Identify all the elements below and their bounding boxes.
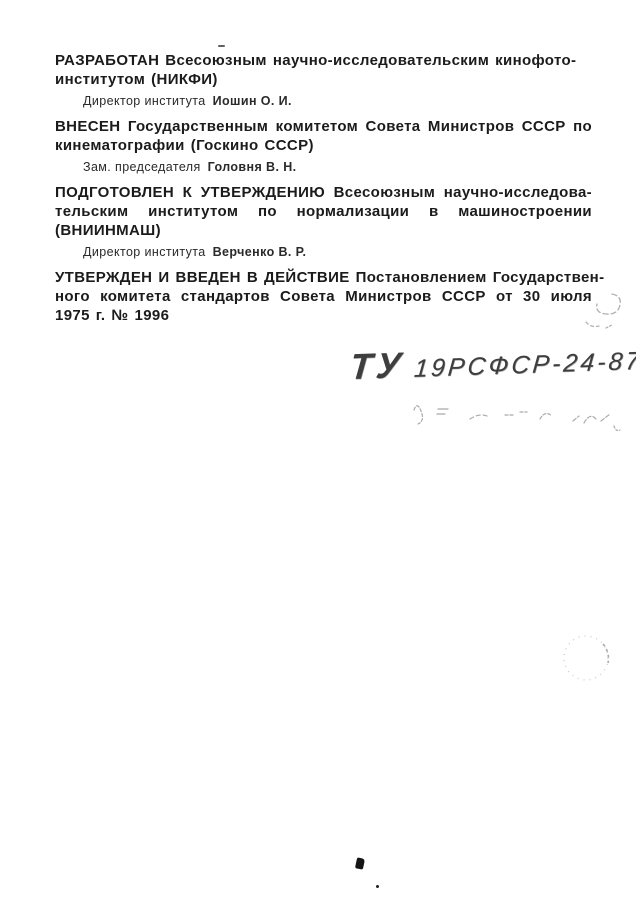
statement-line: 1975 г. № 1996 <box>55 306 592 325</box>
signature-name: Верченко В. Р. <box>213 245 307 259</box>
handwritten-number: 19РСФСР-24-87 <box>413 347 636 383</box>
statement-line: ного комитета стандартов Совета Министро… <box>55 287 592 306</box>
signature-deputy-chairman: Зам. председателяГоловня В. Н. <box>83 159 592 175</box>
signature-name: Головня В. Н. <box>208 160 297 174</box>
statement-razrabotan: РАЗРАБОТАН Всесоюзным научно-исследовате… <box>55 51 592 89</box>
statement-line: (ВНИИНМАШ) <box>55 221 592 240</box>
pencil-scribble-artifact <box>408 390 636 435</box>
signature-name: Иошин О. И. <box>213 94 292 108</box>
signature-director-nikfi: Директор институтаИошин О. И. <box>83 93 592 109</box>
signature-label: Директор института <box>83 94 206 108</box>
statement-line: институтом (НИКФИ) <box>55 70 592 89</box>
handwritten-prefix: ТУ <box>348 344 406 387</box>
signature-label: Директор института <box>83 245 206 259</box>
statement-line: ВНЕСЕН Государственным комитетом Совета … <box>55 117 592 136</box>
statement-line: УТВЕРЖДЕН И ВВЕДЕН В ДЕЙСТВИЕ Постановле… <box>55 268 592 287</box>
handwritten-annotation: ТУ19РСФСР-24-87 <box>348 334 636 388</box>
statement-line: РАЗРАБОТАН Всесоюзным научно-исследовате… <box>55 51 592 70</box>
ring-smudge-artifact <box>558 630 614 686</box>
stray-dash-artifact <box>218 45 225 47</box>
statement-utverzhden: УТВЕРЖДЕН И ВВЕДЕН В ДЕЙСТВИЕ Постановле… <box>55 268 592 325</box>
statement-line: тельским институтом по нормализации в ма… <box>55 202 592 221</box>
statement-line: кинематографии (Госкино СССР) <box>55 136 592 155</box>
statement-line: ПОДГОТОВЛЕН К УТВЕРЖДЕНИЮ Всесоюзным нау… <box>55 183 592 202</box>
statement-vnesen: ВНЕСЕН Государственным комитетом Совета … <box>55 117 592 155</box>
statement-podgotovlen: ПОДГОТОВЛЕН К УТВЕРЖДЕНИЮ Всесоюзным нау… <box>55 183 592 240</box>
signature-director-vniinmash: Директор институтаВерченко В. Р. <box>83 244 592 260</box>
ink-dot-artifact <box>376 885 379 888</box>
ink-speck-artifact <box>355 857 365 869</box>
document-page: РАЗРАБОТАН Всесоюзным научно-исследовате… <box>0 0 636 924</box>
signature-label: Зам. председателя <box>83 160 201 174</box>
